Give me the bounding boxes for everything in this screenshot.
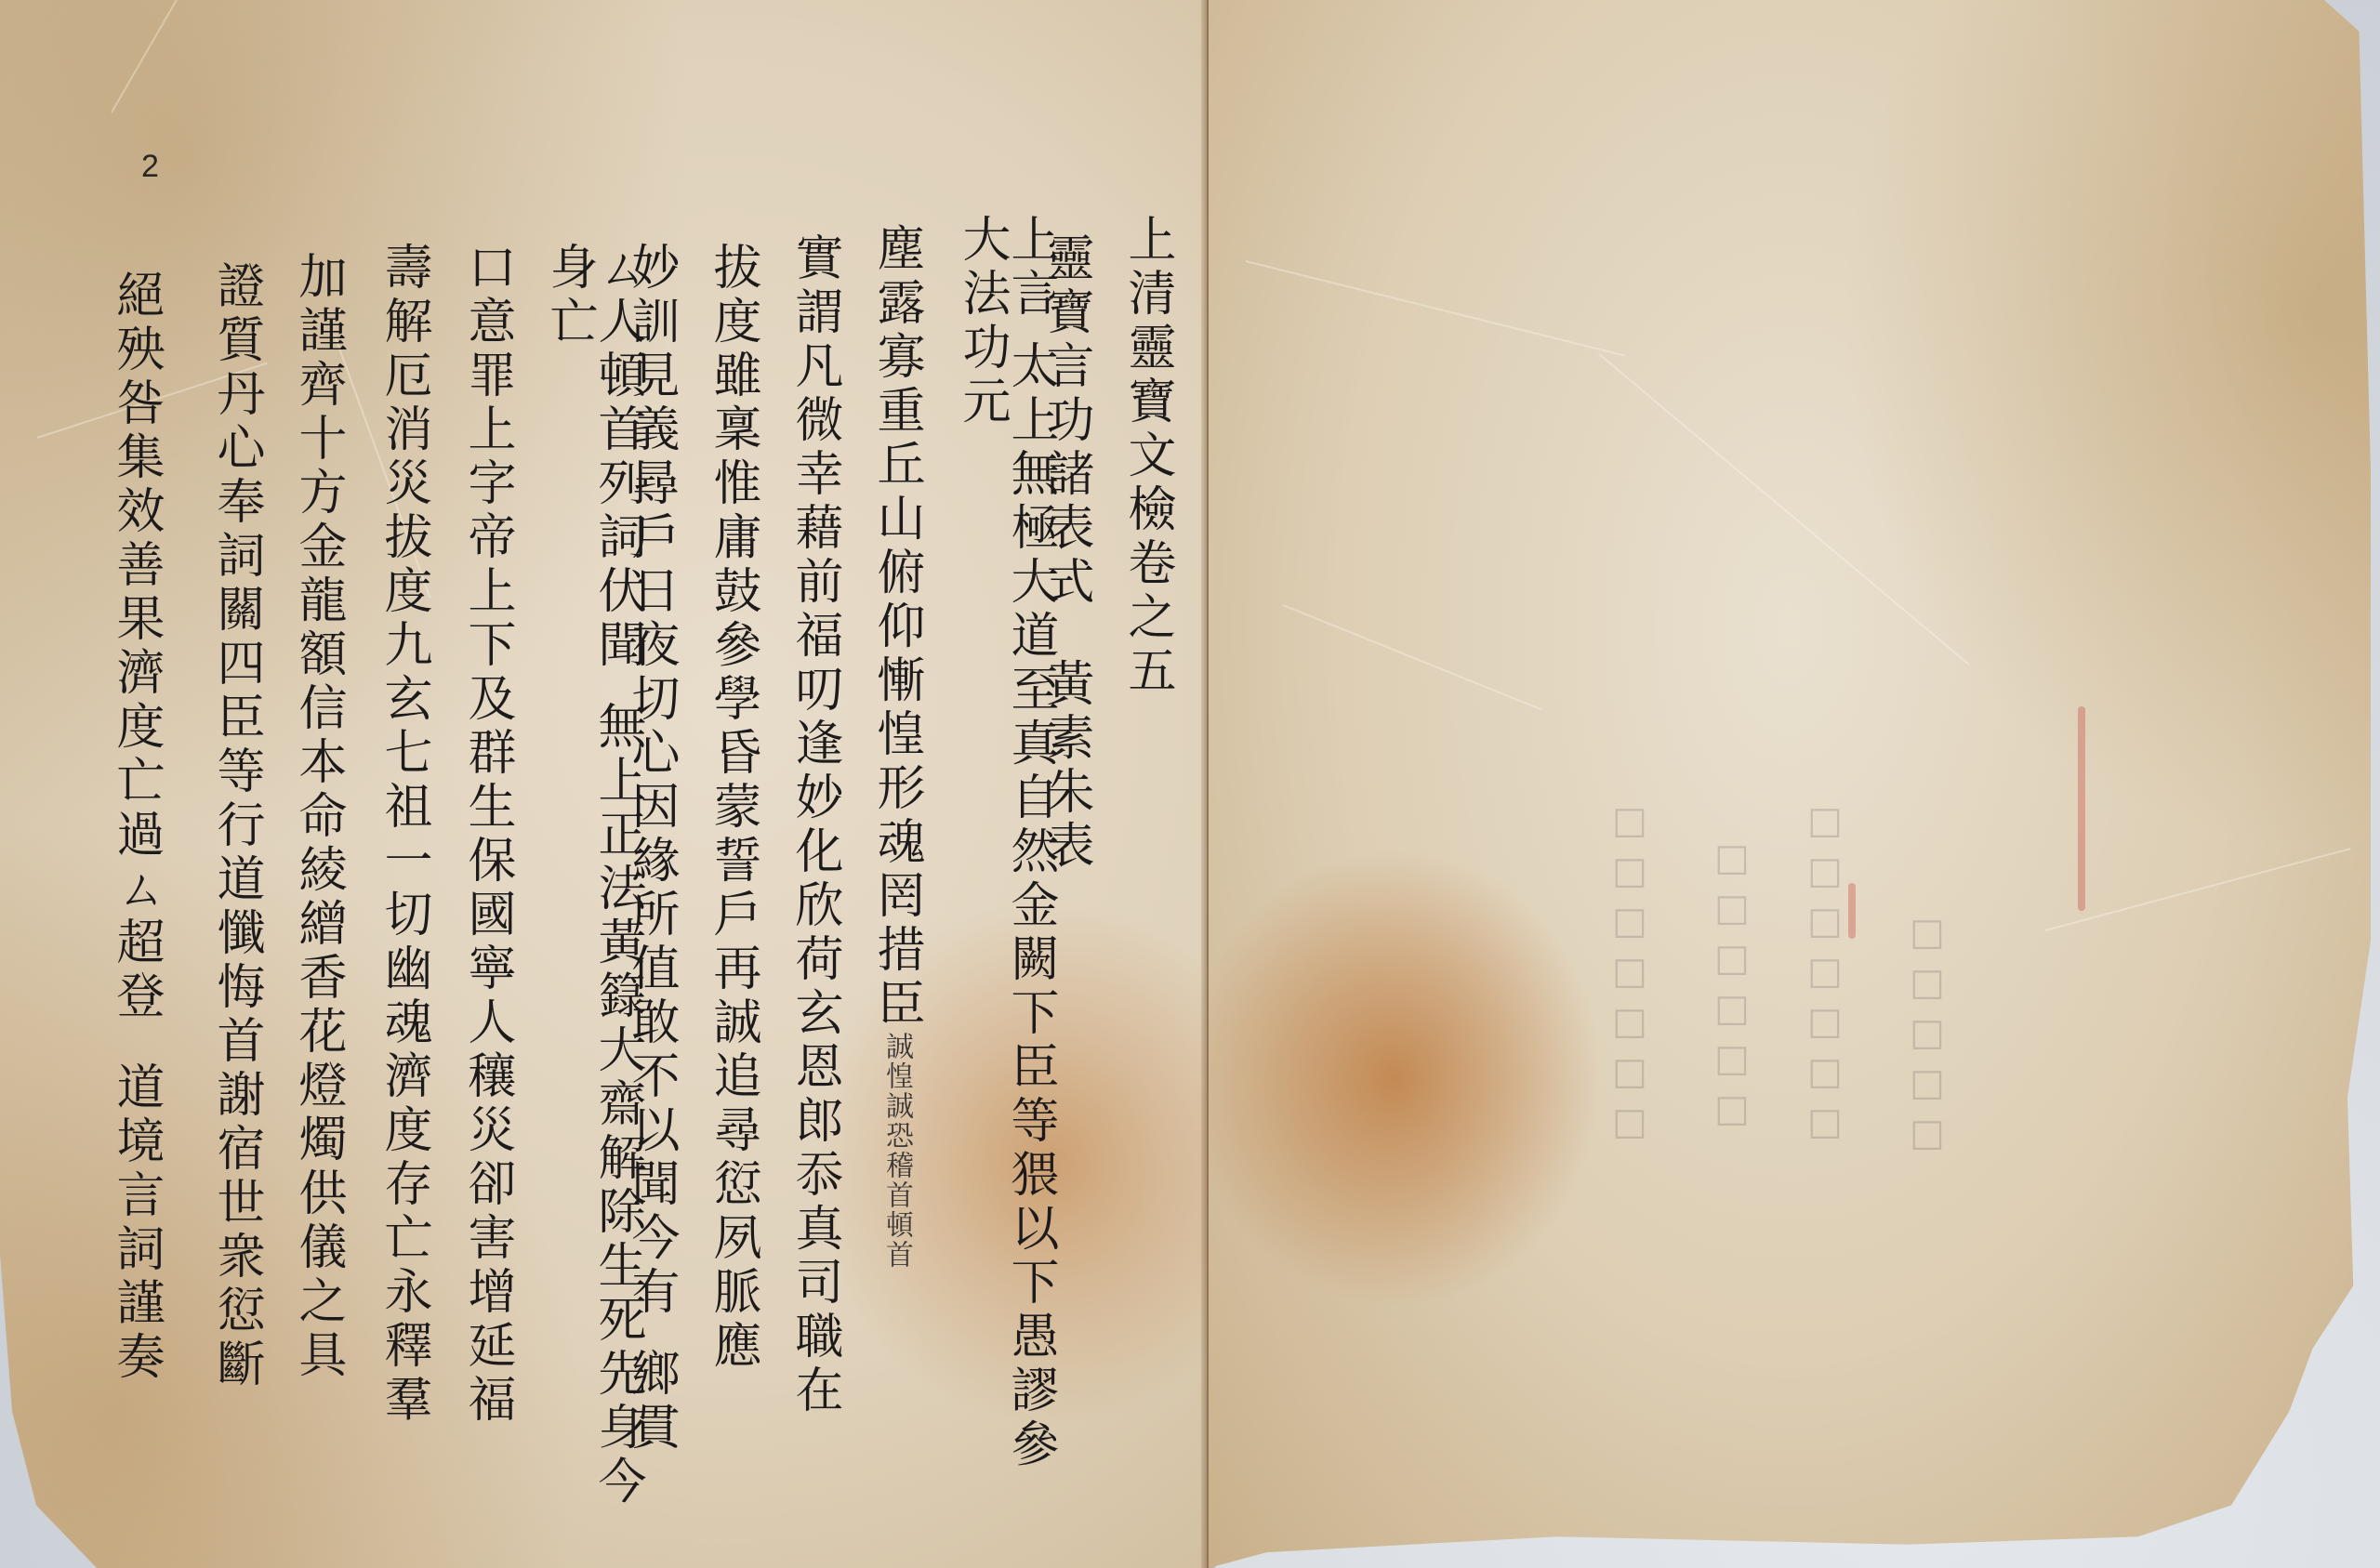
column-title: 上清靈寶文檢卷之五 [1123, 214, 1171, 699]
paper-crease [111, 0, 215, 113]
column-text: 絕殃咎集效善果濟度亡過ㄙ超登 [108, 270, 164, 1024]
left-page: 2 上清靈寶文檢卷之五 靈寶言功諸表式黃素朱表 上言太上無極大道至真自然金闕下臣… [0, 0, 1209, 1568]
bleed-through-text: □□□□□□□ [1804, 799, 1846, 1151]
photo-scene: 2 上清靈寶文檢卷之五 靈寶言功諸表式黃素朱表 上言太上無極大道至真自然金闕下臣… [0, 0, 2380, 1568]
column-text: 太上無極大道至真自然金闕下臣等猥以下愚謬參大法功元 [954, 214, 1058, 1472]
column-text: 塵露寡重丘山俯仰慚惶形魂罔措臣 [868, 223, 924, 1032]
text-columns: 上清靈寶文檢卷之五 靈寶言功諸表式黃素朱表 上言太上無極大道至真自然金闕下臣等猥… [84, 214, 1162, 1515]
paper-crease [1283, 604, 1542, 710]
column-trailing: 道境言詞謹奏 [108, 1061, 164, 1385]
column-text: 證質丹心奉詞關四臣等行道懺悔首謝宿世衆愆斷 [208, 260, 264, 1392]
column-text: 口意罪上字帝上下及群生保國寧人穰災卻害增延福 [459, 242, 515, 1428]
column-12: 證質丹心奉詞關四臣等行道懺悔首謝宿世衆愆斷 [212, 260, 260, 1392]
red-ink-mark [2078, 706, 2085, 911]
column-text: ㄙ人頓首列詞伏聞 [589, 242, 645, 673]
column-4: 塵露寡重丘山俯仰慚惶形魂罔措臣誠惶誠恐稽首頓首 [872, 223, 920, 1270]
bleed-through-text: □□□□□□ [1711, 837, 1753, 1138]
column-small-text: 誠惶誠恐稽首頓首 [880, 1032, 913, 1270]
paper-crease [1246, 260, 1625, 357]
column-10: 壽解厄消災拔度九玄七祖一切幽魂濟度存亡永釋羣 [379, 242, 428, 1428]
column-6: 拔度雖稟惟庸鼓參學昏蒙誓戶再誠追尋愆夙脈應 [708, 242, 757, 1374]
red-ink-mark [1848, 883, 1856, 939]
column-5: 實謂凡微幸藉前福叨逢妙化欣荷玄恩郎忝真司職在 [790, 232, 839, 1418]
column-9: 口意罪上字帝上下及群生保國寧人穰災卻害增延福 [463, 242, 511, 1428]
bleed-through-text: □□□□□ [1906, 911, 1949, 1162]
column-8: ㄙ人頓首列詞伏聞無上正法黃籙大齋解除生死先身今身亡 [545, 242, 641, 1515]
paper-crease [1598, 353, 1970, 665]
document-title: 上清靈寶文檢卷之五 [1119, 214, 1175, 699]
page-number: 2 [141, 149, 159, 185]
column-text: 壽解厄消災拔度九玄七祖一切幽魂濟度存亡永釋羣 [376, 242, 431, 1428]
column-11: 加謹齊十方金龍額信本命綾繒香花燈燭供儀之具 [294, 251, 342, 1383]
right-page: □□□□□□□ □□□□□□ □□□□□□□ □□□□□ [1209, 0, 2371, 1568]
manuscript-spread: 2 上清靈寶文檢卷之五 靈寶言功諸表式黃素朱表 上言太上無極大道至真自然金闕下臣… [0, 0, 2371, 1568]
column-text: 實謂凡微幸藉前福叨逢妙化欣荷玄恩郎忝真司職在 [787, 232, 842, 1418]
bleed-through-text: □□□□□□□ [1608, 799, 1651, 1151]
column-text: 加謹齊十方金龍額信本命綾繒香花燈燭供儀之具 [290, 251, 346, 1383]
column-13: 絕殃咎集效善果濟度亡過ㄙ超登道境言詞謹奏 [112, 270, 160, 1385]
column-lead: 上言 [1002, 214, 1058, 322]
paper-crease [2045, 848, 2351, 931]
column-text: 拔度雖稟惟庸鼓參學昏蒙誓戶再誠追尋愆夙脈應 [705, 242, 760, 1374]
column-3: 上言太上無極大道至真自然金闕下臣等猥以下愚謬參大法功元 [958, 214, 1054, 1515]
